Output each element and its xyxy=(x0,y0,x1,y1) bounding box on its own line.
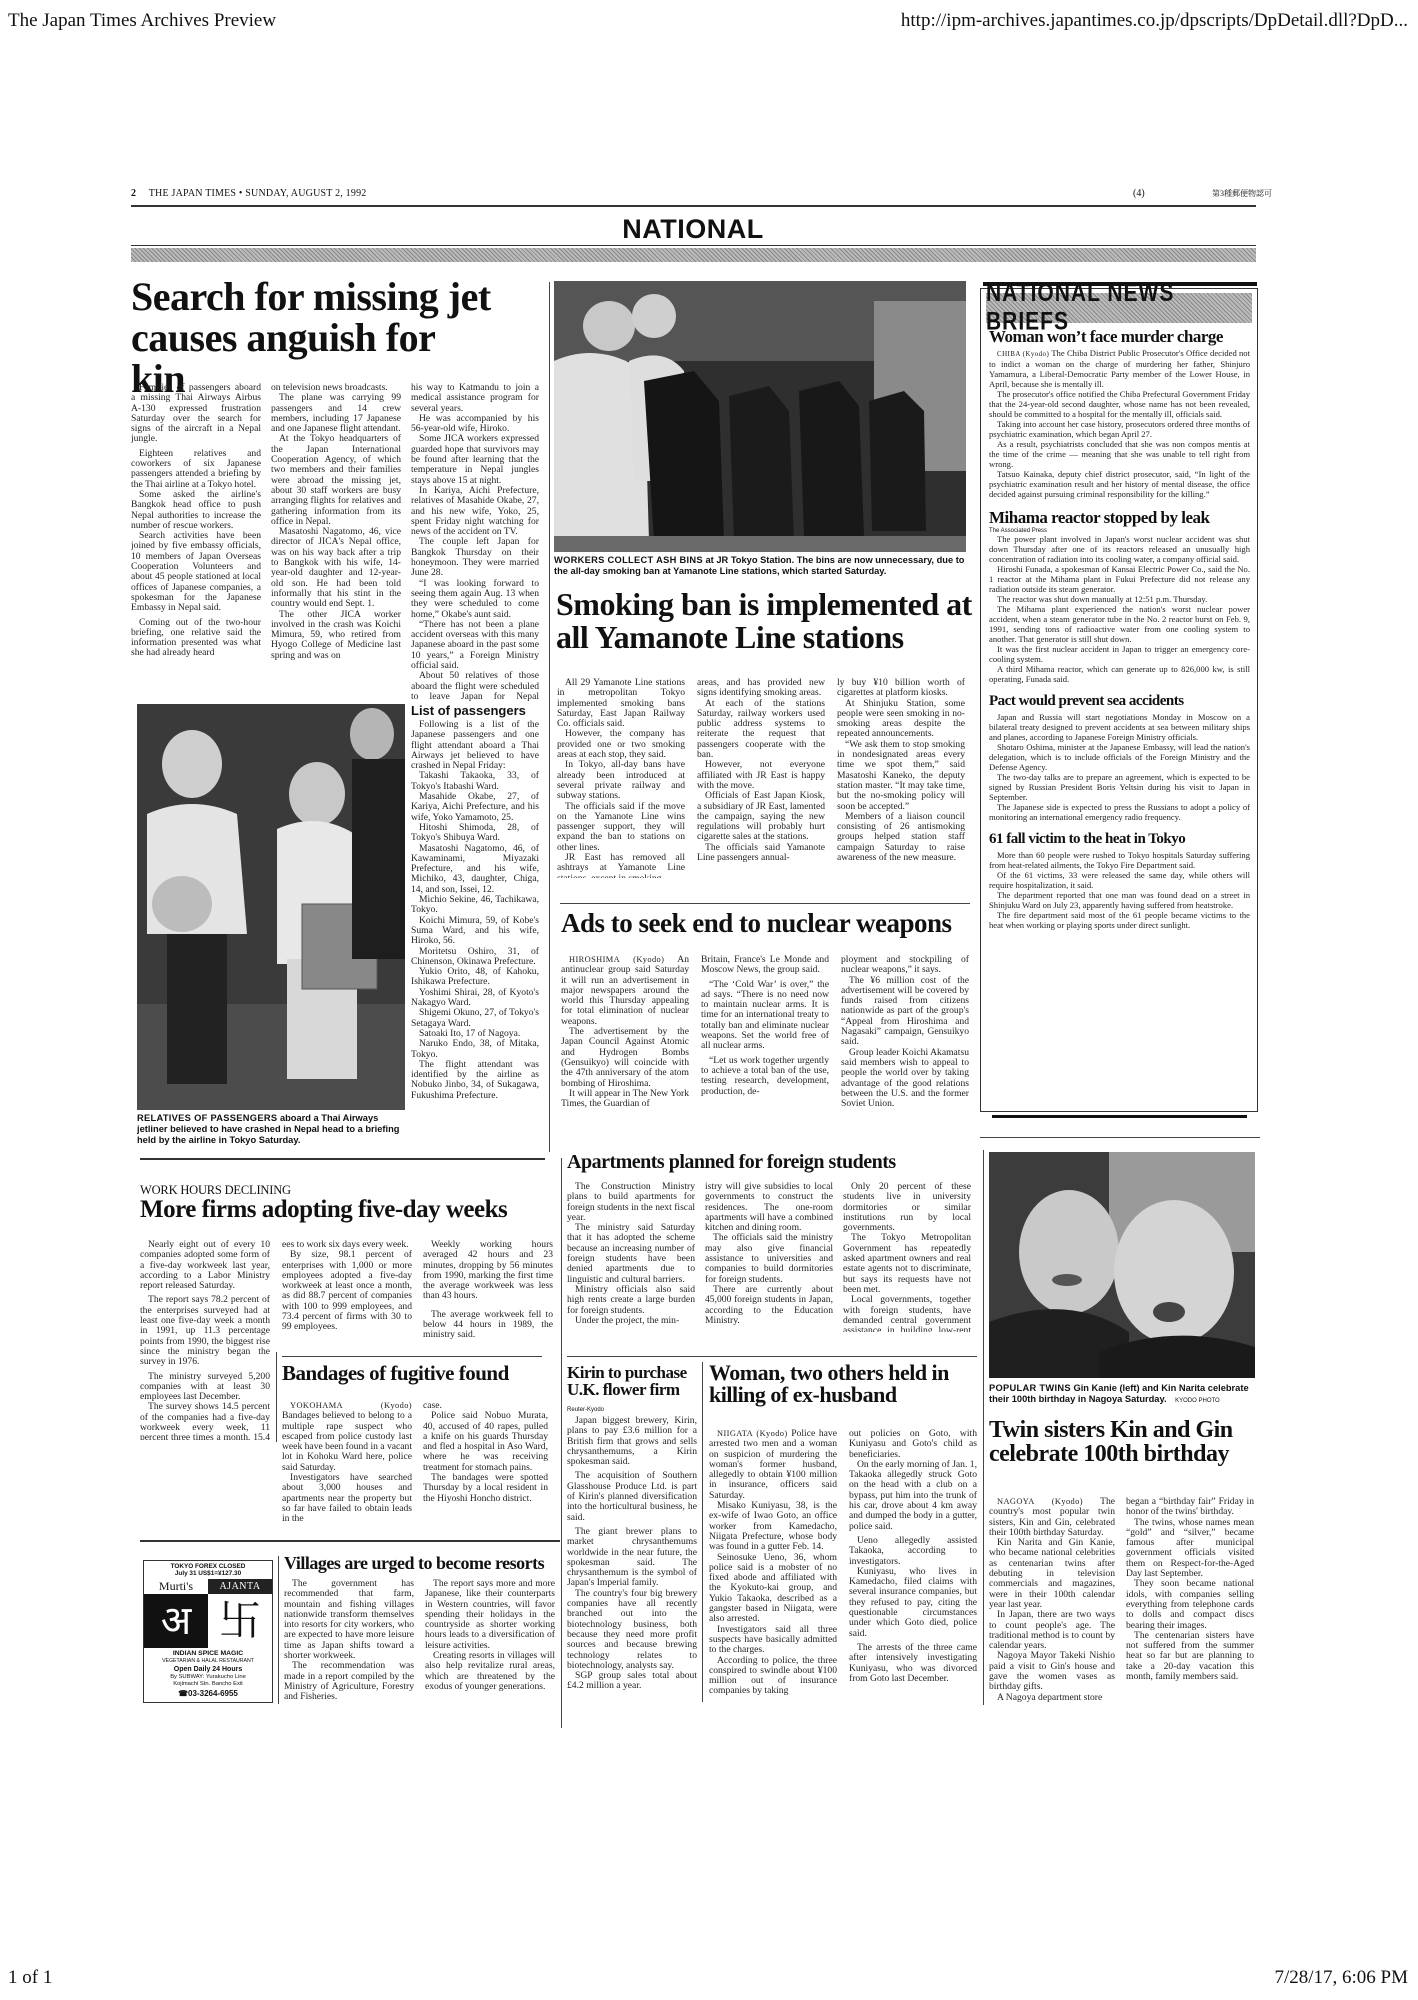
paragraph: Investigators have searched about 3,000 … xyxy=(282,1473,412,1521)
niigata-col2: out policies on Goto, with Kuniyasu and … xyxy=(849,1429,977,1701)
nuclear-story-headline: Ads to seek end to nuclear weapons xyxy=(561,910,971,938)
villages-headline: Villages are urged to become resorts xyxy=(284,1554,564,1572)
ad-name-right: AJANTA xyxy=(208,1579,272,1594)
dateline: NAGOYA (Kyodo) xyxy=(997,1497,1083,1506)
list-item: Naruko Endo, 38, of Mitaka, Tokyo. xyxy=(411,1039,539,1060)
list-item: Takashi Takaoka, 33, of Tokyo's Itabashi… xyxy=(411,771,539,792)
paragraph: The other JICA worker involved in the cr… xyxy=(271,610,401,661)
ad-name-left: Murti's xyxy=(144,1579,208,1594)
paragraph: The centenarian sisters have not suffere… xyxy=(1126,1631,1254,1682)
paragraph: YOKOHAMA (Kyodo) Bandages believed to be… xyxy=(282,1401,412,1473)
paragraph: Tatsuo Kainaka, deputy chief district pr… xyxy=(989,469,1250,499)
paragraph: The department reported that one man was… xyxy=(989,890,1250,910)
apartments-col2: istry will give subsidies to local gover… xyxy=(705,1182,833,1332)
paragraph: Shotaro Oshima, minister at the Japanese… xyxy=(989,742,1250,772)
workweek-col1: Nearly eight out of every 10 companies a… xyxy=(140,1240,270,1440)
ajanta-ad[interactable]: TOKYO FOREX CLOSED July 31 US$1=¥127.30 … xyxy=(143,1560,273,1703)
paragraph: According to police, the three conspired… xyxy=(709,1656,837,1697)
paragraph: However, the company has provided one or… xyxy=(557,729,685,760)
paragraph: The ministry surveyed 5,200 companies wi… xyxy=(140,1372,270,1403)
forex-box: TOKYO FOREX CLOSED July 31 US$1=¥127.30 xyxy=(144,1561,272,1577)
paragraph: The officials said Yamanote Line passeng… xyxy=(697,843,825,864)
jet-story-col3: his way to Katmandu to join a medical as… xyxy=(411,383,539,701)
paragraph: his way to Katmandu to join a medical as… xyxy=(411,383,539,414)
paragraph: The Construction Ministry plans to build… xyxy=(567,1182,695,1223)
paragraph: Ueno allegedly assisted Takaoka, accordi… xyxy=(849,1536,977,1567)
paragraph: Taking into account her case history, pr… xyxy=(989,419,1250,439)
paragraph: The ministry said Saturday that it has a… xyxy=(567,1223,695,1285)
paragraph: By size, 98.1 percent of enterprises wit… xyxy=(282,1250,412,1332)
relatives-photo-caption: RELATIVES OF PASSENGERS aboard a Thai Ai… xyxy=(137,1113,407,1146)
niigata-headline: Woman, two others held in killing of ex-… xyxy=(709,1362,979,1407)
dateline: CHIBA (Kyodo) xyxy=(997,350,1049,358)
ad-directions: By SUBWAY: Yurakucho Line xyxy=(144,1674,272,1682)
paragraph: The ¥6 million cost of the advertisement… xyxy=(841,976,969,1048)
paragraph: The plane was carrying 99 passengers and… xyxy=(271,393,401,434)
smoking-story-headline: Smoking ban is implemented at all Yamano… xyxy=(556,588,976,653)
dateline: HIROSHIMA (Kyodo) xyxy=(569,955,664,964)
paragraph: It was the first nuclear accident in Jap… xyxy=(989,644,1250,664)
relatives-photo xyxy=(137,704,405,1110)
story-divider xyxy=(140,1540,560,1542)
paragraph: SGP group sales total about £4.2 million… xyxy=(567,1671,697,1692)
paragraph: The officials said if the move on the Ya… xyxy=(557,802,685,853)
paragraph: The arrests of the three came after inte… xyxy=(849,1643,977,1684)
section-rule xyxy=(131,245,1256,246)
paragraph: CHIBA (Kyodo) The Chiba District Public … xyxy=(989,348,1250,389)
paragraph: However, not everyone affiliated with JR… xyxy=(697,760,825,791)
paragraph: Local governments, together with foreign… xyxy=(843,1295,971,1332)
paragraph: The Mihama plant experienced the nation'… xyxy=(989,604,1250,644)
twins-photo xyxy=(989,1152,1255,1378)
workweek-headline: More firms adopting five-day weeks xyxy=(140,1197,560,1223)
paragraph: They soon became national idols, with co… xyxy=(1126,1579,1254,1630)
briefs-content: Woman won’t face murder charge CHIBA (Ky… xyxy=(981,323,1257,930)
ash-bins-photo xyxy=(554,281,966,552)
bandages-col2: case. Police said Nobuo Murata, 40, accu… xyxy=(423,1401,548,1521)
paragraph: The giant brewer plans to market chrysan… xyxy=(567,1527,697,1589)
svastika-icon: 卐 xyxy=(208,1594,272,1648)
browser-page-title: The Japan Times Archives Preview xyxy=(8,10,276,32)
paragraph: Police said Nobuo Murata, 40, accused of… xyxy=(423,1411,548,1473)
paragraph: “The ‘Cold War’ is over,” the ad says. “… xyxy=(701,980,829,1052)
paragraph: Coming out of the two-hour briefing, one… xyxy=(131,618,261,659)
paragraph: The Japanese side is expected to press t… xyxy=(989,802,1250,822)
jet-story-col2: on television news broadcasts. The plane… xyxy=(271,383,401,673)
paragraph: At the Tokyo headquarters of the Japan I… xyxy=(271,434,401,527)
caption-lead: WORKERS COLLECT ASH BINS xyxy=(554,555,703,565)
paragraph: areas, and has provided new signs identi… xyxy=(697,678,825,699)
paragraph: ployment and stockpiling of nuclear weap… xyxy=(841,955,969,976)
briefs-banner-text: NATIONAL NEWS BRIEFS xyxy=(986,279,1252,337)
list-item: The flight attendant was identified by t… xyxy=(411,1060,539,1101)
print-timestamp: 7/28/17, 6:06 PM xyxy=(1274,1967,1408,1989)
paragraph: The acquisition of Southern Glasshouse P… xyxy=(567,1471,697,1522)
kirin-body: Japan biggest brewery, Kirin, plans to p… xyxy=(567,1416,697,1702)
paragraph: Nearly eight out of every 10 companies a… xyxy=(140,1240,270,1291)
section-hatch-band xyxy=(131,248,1256,262)
section-title: NATIONAL xyxy=(543,214,843,245)
paragraph: The advertisement by the Japan Council A… xyxy=(561,1027,689,1089)
postal-note: 第3種郵便物認可 xyxy=(1212,188,1272,199)
brief-headline: Pact would prevent sea accidents xyxy=(989,694,1250,709)
paragraph: The country's four big brewery companies… xyxy=(567,1589,697,1671)
paragraph: More than 60 people were rushed to Tokyo… xyxy=(989,850,1250,870)
briefs-banner: NATIONAL NEWS BRIEFS xyxy=(986,293,1252,323)
paragraph: Hiroshi Funada, a spokesman of Kansai El… xyxy=(989,564,1250,594)
list-item: Hitoshi Shimoda, 28, of Tokyo's Shibuya … xyxy=(411,823,539,844)
story-divider xyxy=(980,1137,1260,1138)
dateline: YOKOHAMA (Kyodo) xyxy=(290,1401,412,1410)
paragraph: Weekly working hours averaged 42 hours a… xyxy=(423,1240,553,1302)
niigata-col1: NIIGATA (Kyodo) Police have arrested two… xyxy=(709,1429,837,1701)
twins-photo-image xyxy=(989,1152,1255,1378)
paragraph: The twins, whose names mean “gold” and “… xyxy=(1126,1518,1254,1580)
browser-url[interactable]: http://ipm-archives.japantimes.co.jp/dps… xyxy=(901,10,1408,32)
paragraph: A third Mihama reactor, which can genera… xyxy=(989,664,1250,684)
smoking-story-col3: ly buy ¥10 billion worth of cigarettes a… xyxy=(837,678,965,878)
forex-rate: July 31 US$1=¥127.30 xyxy=(144,1570,272,1577)
paragraph: Some JICA workers expressed guarded hope… xyxy=(411,434,539,485)
column-divider xyxy=(702,1362,703,1702)
list-item: Yoshimi Shirai, 28, of Kyoto's Nakagyo W… xyxy=(411,988,539,1009)
paragraph-text: Police have arrested two men and a woman… xyxy=(709,1429,837,1501)
caption-lead: RELATIVES OF PASSENGERS xyxy=(137,1113,277,1123)
bandages-col1: YOKOHAMA (Kyodo) Bandages believed to be… xyxy=(282,1401,412,1521)
paragraph: “We ask them to stop smoking in nondesig… xyxy=(837,740,965,812)
passenger-list: List of passengers Following is a list o… xyxy=(411,703,539,1152)
paragraph: The government has recommended that farm… xyxy=(284,1579,414,1661)
paragraph: The bandages were spotted Thursday by a … xyxy=(423,1473,548,1504)
list-intro: Following is a list of the Japanese pass… xyxy=(411,720,539,771)
paragraph: NIIGATA (Kyodo) Police have arrested two… xyxy=(709,1429,837,1501)
paragraph: He was accompanied by his 56-year-old wi… xyxy=(411,414,539,435)
paragraph: The two-day talks are to prepare an agre… xyxy=(989,772,1250,802)
twins-photo-caption: POPULAR TWINS Gin Kanie (left) and Kin N… xyxy=(989,1383,1257,1407)
paragraph: began a “birthday fair” Friday in honor … xyxy=(1126,1497,1254,1518)
workweek-col3: Weekly working hours averaged 42 hours a… xyxy=(423,1240,553,1340)
column-divider xyxy=(561,1158,562,1728)
apartments-headline: Apartments planned for foreign students xyxy=(567,1152,977,1172)
paragraph: The recommendation was made in a report … xyxy=(284,1661,414,1702)
ad-phone[interactable]: ☎03-3264-6955 xyxy=(144,1690,272,1698)
paragraph: Kin Narita and Gin Kanie, who became nat… xyxy=(989,1538,1115,1610)
paragraph: As a result, psychiatrists concluded tha… xyxy=(989,439,1250,469)
paragraph: Japan and Russia will start negotiations… xyxy=(989,712,1250,742)
list-item: Koichi Mimura, 59, of Kobe's Suma Ward, … xyxy=(411,916,539,947)
paragraph-text: Bandages believed to belong to a multipl… xyxy=(282,1410,412,1472)
paragraph: In Japan, there are two ways to count pe… xyxy=(989,1610,1115,1651)
list-item: Moritetsu Oshiro, 31, of Chinenson, Okin… xyxy=(411,947,539,968)
paragraph: The report says more and more Japanese, … xyxy=(425,1579,555,1651)
paragraph: Seinosuke Ueno, 36, whom police said is … xyxy=(709,1553,837,1625)
masthead-rule xyxy=(131,205,1256,207)
villages-col2: The report says more and more Japanese, … xyxy=(425,1579,555,1704)
paragraph: The officials said the ministry may also… xyxy=(705,1233,833,1284)
paragraph: “I was looking forward to seeing them ag… xyxy=(411,579,539,620)
column-divider xyxy=(983,1150,984,1705)
paragraph: The survey shows 14.5 percent of the com… xyxy=(140,1402,270,1440)
ad-tagline: INDIAN SPICE MAGIC xyxy=(144,1650,272,1658)
ash-bins-photo-image xyxy=(554,281,966,552)
column-divider xyxy=(278,1556,279,1704)
paragraph: The couple left Japan for Bangkok Thursd… xyxy=(411,537,539,578)
column-divider xyxy=(549,282,550,1152)
paragraph: The reactor was shut down manually at 12… xyxy=(989,594,1250,604)
paragraph: Masatoshi Nagatomo, 46, vice director of… xyxy=(271,527,401,609)
jet-story-col1: Families of passengers aboard a missing … xyxy=(131,383,261,673)
paragraph: Group leader Koichi Akamatsu said member… xyxy=(841,1048,969,1110)
paragraph: Britain, France's Le Monde and Moscow Ne… xyxy=(701,955,829,976)
paragraph: Japan biggest brewery, Kirin, plans to p… xyxy=(567,1416,697,1467)
ash-bins-photo-caption: WORKERS COLLECT ASH BINS at JR Tokyo Sta… xyxy=(554,555,966,577)
paragraph: “There has not been a plane accident ove… xyxy=(411,620,539,671)
paragraph: The average workweek fell to below 44 ho… xyxy=(423,1310,553,1340)
ad-hours: Open Daily 24 Hours xyxy=(144,1666,272,1674)
paragraph: Families of passengers aboard a missing … xyxy=(131,383,261,445)
paragraph: NAGOYA (Kyodo) The country's most popula… xyxy=(989,1497,1115,1538)
story-divider xyxy=(282,1356,542,1357)
paragraph: Only 20 percent of these students live i… xyxy=(843,1182,971,1233)
paragraph: Under the project, the min- xyxy=(567,1316,695,1326)
paragraph-text: An antinuclear group said Saturday it wi… xyxy=(561,955,689,1027)
kirin-headline: Kirin to purchase U.K. flower firm xyxy=(567,1364,707,1399)
passenger-list-heading: List of passengers xyxy=(411,703,539,718)
smoking-story-col2: areas, and has provided new signs identi… xyxy=(697,678,825,878)
paragraph: JR East has removed all ashtrays at Yama… xyxy=(557,853,685,878)
paragraph: The power plant involved in Japan's wors… xyxy=(989,534,1250,564)
photo-credit: KYODO PHOTO xyxy=(1175,1398,1220,1404)
paragraph: The fire department said most of the 61 … xyxy=(989,910,1250,930)
page-count: 1 of 1 xyxy=(8,1967,52,1989)
twins-col2: began a “birthday fair” Friday in honor … xyxy=(1126,1497,1254,1702)
story-divider xyxy=(140,1158,545,1160)
story-divider xyxy=(560,903,970,904)
paragraph: Investigators said all three suspects ha… xyxy=(709,1625,837,1656)
paragraph: Eighteen relatives and coworkers of six … xyxy=(131,449,261,490)
ad-sub: VEGETARIAN & HALAL RESTAURANT xyxy=(144,1658,272,1666)
list-item: Michio Sekine, 46, Tachikawa, Tokyo. xyxy=(411,895,539,916)
paragraph: “Let us work together urgently to achiev… xyxy=(701,1056,829,1097)
paragraph: All 29 Yamanote Line stations in metropo… xyxy=(557,678,685,729)
column-divider xyxy=(276,1352,277,1442)
paragraph: On the early morning of Jan. 1, Takaoka … xyxy=(849,1460,977,1532)
paragraph: Some asked the airline's Bangkok head of… xyxy=(131,490,261,531)
paragraph: It will appear in The New York Times, th… xyxy=(561,1089,689,1110)
paragraph: Misako Kuniyasu, 38, is the ex-wife of I… xyxy=(709,1501,837,1552)
paragraph: Officials of East Japan Kiosk, a subsidi… xyxy=(697,791,825,842)
paragraph: Creating resorts in villages will also h… xyxy=(425,1651,555,1692)
ad-logo: अ 卐 xyxy=(144,1594,272,1648)
page-folio: 2 THE JAPAN TIMES • SUNDAY, AUGUST 2, 19… xyxy=(131,188,366,199)
paragraph: The Tokyo Metropolitan Government has re… xyxy=(843,1233,971,1295)
paragraph: There are currently about 45,000 foreign… xyxy=(705,1285,833,1326)
paragraph: Of the 61 victims, 33 were released the … xyxy=(989,870,1250,890)
page-number: 2 xyxy=(131,188,136,199)
ad-directions: Kojimachi Stn. Bancho Exit xyxy=(144,1681,272,1689)
paragraph: At each of the stations Saturday, railwa… xyxy=(697,699,825,761)
paragraph: About 50 relatives of those aboard the f… xyxy=(411,671,539,701)
paragraph: In Kariya, Aichi Prefecture, relatives o… xyxy=(411,486,539,537)
paragraph: Members of a liaison council consisting … xyxy=(837,812,965,863)
paragraph: out policies on Goto, with Kuniyasu and … xyxy=(849,1429,977,1460)
dateline: NIIGATA (Kyodo) xyxy=(717,1429,788,1438)
paragraph: At Shinjuku Station, some people were se… xyxy=(837,699,965,740)
paragraph: A Nagoya department store xyxy=(989,1693,1115,1702)
brief-headline: 61 fall victim to the heat in Tokyo xyxy=(989,832,1250,847)
forex-title: TOKYO FOREX CLOSED xyxy=(144,1563,272,1570)
kirin-credit: Reuter-Kyodo xyxy=(567,1407,604,1413)
paragraph: Ministry officials also said high rents … xyxy=(567,1285,695,1316)
paragraph: In Tokyo, all-day bans have already been… xyxy=(557,760,685,801)
nuclear-story-col1: HIROSHIMA (Kyodo) An antinuclear group s… xyxy=(561,955,689,1140)
paragraph: The report says 78.2 percent of the ente… xyxy=(140,1295,270,1367)
bandages-headline: Bandages of fugitive found xyxy=(282,1363,552,1384)
workweek-col2: ees to work six days every week. By size… xyxy=(282,1240,412,1340)
ad-name-bar: Murti's AJANTA xyxy=(144,1579,272,1594)
paragraph: istry will give subsidies to local gover… xyxy=(705,1182,833,1233)
list-item: Shigemi Okuno, 27, of Tokyo's Setagaya W… xyxy=(411,1008,539,1029)
smoking-story-col1: All 29 Yamanote Line stations in metropo… xyxy=(557,678,685,878)
paragraph: Search activities have been joined by fi… xyxy=(131,531,261,613)
edition-number: (4) xyxy=(1133,188,1145,199)
paragraph: Nagoya Mayor Takeki Nishio paid a visit … xyxy=(989,1651,1115,1692)
jet-story-headline: Search for missing jet causes anguish fo… xyxy=(131,277,491,399)
paragraph: ly buy ¥10 billion worth of cigarettes a… xyxy=(837,678,965,699)
brief-headline: Mihama reactor stopped by leak xyxy=(989,509,1250,526)
apartments-col3: Only 20 percent of these students live i… xyxy=(843,1182,971,1332)
paper-date: THE JAPAN TIMES • SUNDAY, AUGUST 2, 1992 xyxy=(149,188,367,199)
list-item: Yukio Orito, 48, of Kahoku, Ishikawa Pre… xyxy=(411,967,539,988)
paragraph: HIROSHIMA (Kyodo) An antinuclear group s… xyxy=(561,955,689,1027)
apartments-col1: The Construction Ministry plans to build… xyxy=(567,1182,695,1332)
list-item: Masatoshi Nagatomo, 46, of Kawaminami, M… xyxy=(411,844,539,895)
nuclear-story-col2: Britain, France's Le Monde and Moscow Ne… xyxy=(701,955,829,1140)
devanagari-a-icon: अ xyxy=(144,1594,208,1648)
villages-col1: The government has recommended that farm… xyxy=(284,1579,414,1704)
twins-col1: NAGOYA (Kyodo) The country's most popula… xyxy=(989,1497,1115,1702)
nuclear-story-col3: ployment and stockpiling of nuclear weap… xyxy=(841,955,969,1140)
briefs-bottom-bar xyxy=(992,1115,1247,1118)
list-item: Masahide Okabe, 27, of Kariya, Aichi Pre… xyxy=(411,792,539,823)
ad-details: INDIAN SPICE MAGIC VEGETARIAN & HALAL RE… xyxy=(144,1648,272,1697)
caption-lead: POPULAR TWINS xyxy=(989,1383,1071,1393)
story-divider xyxy=(567,1356,977,1357)
twins-headline: Twin sisters Kin and Gin celebrate 100th… xyxy=(989,1418,1259,1467)
relatives-photo-image xyxy=(137,704,405,1110)
briefs-box: NATIONAL NEWS BRIEFS Woman won’t face mu… xyxy=(980,288,1258,1112)
paragraph: Kuniyasu, who lives in Kamedacho, filed … xyxy=(849,1567,977,1639)
paragraph: The prosecutor's office notified the Chi… xyxy=(989,389,1250,419)
